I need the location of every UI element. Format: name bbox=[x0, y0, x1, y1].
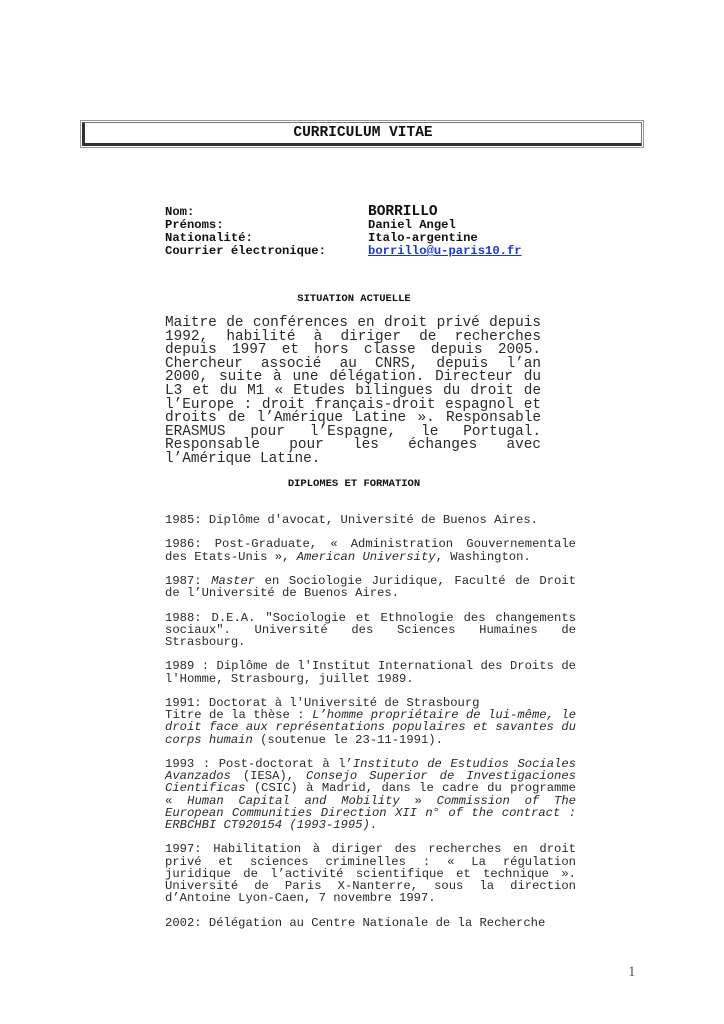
diplomas-heading: DIPLOMES ET FORMATION bbox=[165, 478, 543, 490]
diploma-entry: 1991: Doctorat à l'Université de Strasbo… bbox=[165, 697, 576, 746]
entry-text: . bbox=[370, 818, 377, 832]
diploma-entry: 1987: Master en Sociologie Juridique, Fa… bbox=[165, 575, 576, 599]
entry-text: 1985: Diplôme d'avocat, Université de Bu… bbox=[165, 513, 538, 527]
entry-text: 2002: Délégation au Centre Nationale de … bbox=[165, 916, 545, 930]
entry-text: , Washington. bbox=[436, 550, 531, 564]
email-link[interactable]: borrillo@u-paris10.fr bbox=[368, 244, 522, 258]
cv-title: CURRICULUM VITAE bbox=[293, 125, 432, 141]
entry-text: (soutenue le 23-11-1991). bbox=[253, 733, 443, 747]
page-number: 1 bbox=[628, 964, 636, 981]
entry-text: 1988: D.E.A. "Sociologie et Ethnologie d… bbox=[165, 611, 576, 649]
situation-heading: SITUATION ACTUELLE bbox=[165, 293, 543, 305]
email-value: borrillo@u-paris10.fr bbox=[368, 245, 522, 258]
entry-text: 1989 : Diplôme de l'Institut Internation… bbox=[165, 659, 576, 685]
diplomas-list: 1985: Diplôme d'avocat, Université de Bu… bbox=[165, 514, 576, 941]
diploma-entry: 2002: Délégation au Centre Nationale de … bbox=[165, 917, 576, 929]
diploma-entry: 1988: D.E.A. "Sociologie et Ethnologie d… bbox=[165, 612, 576, 649]
entry-text: 1997: Habilitation à diriger des recherc… bbox=[165, 842, 576, 905]
diploma-entry: 1985: Diplôme d'avocat, Université de Bu… bbox=[165, 514, 576, 526]
identity-row-name: Nom: BORRILLO bbox=[165, 206, 565, 219]
diploma-entry: 1986: Post-Graduate, « Administration Go… bbox=[165, 538, 576, 562]
diploma-entry: 1989 : Diplôme de l'Institut Internation… bbox=[165, 660, 576, 684]
situation-paragraph: Maitre de conférences en droit privé dep… bbox=[165, 317, 541, 467]
cv-title-box: CURRICULUM VITAE bbox=[82, 122, 642, 146]
italic-text: American University bbox=[297, 550, 436, 564]
email-label: Courrier électronique: bbox=[165, 245, 368, 258]
identity-row-email: Courrier électronique: borrillo@u-paris1… bbox=[165, 245, 565, 258]
diploma-entry: 1997: Habilitation à diriger des recherc… bbox=[165, 843, 576, 904]
diploma-entry: 1993 : Post-doctorat à l’Instituto de Es… bbox=[165, 758, 576, 831]
identity-block: Nom: BORRILLO Prénoms: Daniel Angel Nati… bbox=[165, 206, 565, 258]
